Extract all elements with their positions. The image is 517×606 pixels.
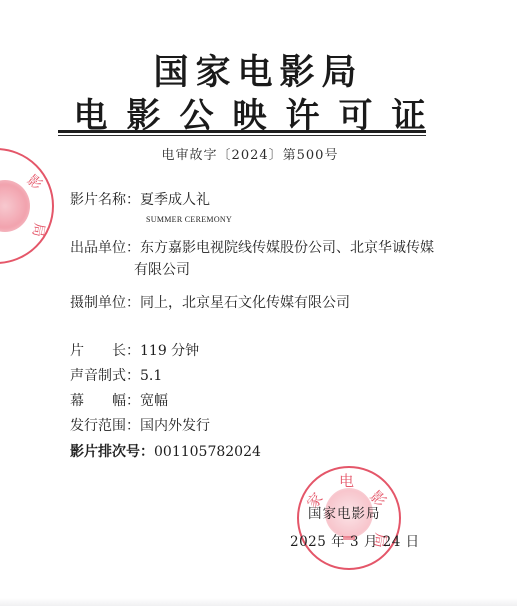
authority-title: 国家电影局: [0, 52, 517, 94]
field-serial-number: 影片排次号：001105782024: [70, 442, 261, 462]
field-value: 国内外发行: [140, 416, 210, 436]
issuer-name: 国家电影局: [308, 502, 381, 522]
seal-char: 电: [339, 470, 354, 491]
field-value: 119 分钟: [140, 341, 199, 361]
seal-left: 影 局: [0, 148, 54, 264]
field-screen-format: 幕 幅：宽幅: [70, 391, 168, 411]
film-english-title: SUMMER CEREMONY: [146, 215, 232, 224]
field-production-unit: 摄制单位：同上，北京星石文化传媒有限公司: [70, 293, 350, 313]
field-value: 宽幅: [140, 391, 168, 411]
seal-char: 局: [28, 221, 50, 238]
seal-char: 影: [23, 170, 47, 194]
field-value: 同上，北京星石文化传媒有限公司: [140, 293, 350, 313]
field-label: 影片名称：: [70, 190, 140, 210]
field-label: 声音制式：: [70, 366, 140, 386]
header-rule-thin: [58, 135, 426, 136]
document-number: 电审故字〔2024〕第500号: [0, 144, 500, 163]
field-sound-format: 声音制式：5.1: [70, 366, 162, 386]
field-producer: 出品单位：东方嘉影电视院线传媒股份公司、北京华诚传媒 有限公司: [70, 237, 434, 281]
page-bottom-edge: [0, 598, 517, 606]
field-film-title: 影片名称：夏季成人礼: [70, 190, 210, 210]
field-value: 夏季成人礼: [140, 190, 210, 210]
field-label: 摄制单位：: [70, 293, 140, 313]
issue-date: 2025 年 3 月 24 日: [290, 530, 420, 550]
field-label: 影片排次号：: [70, 442, 154, 462]
field-distribution-scope: 发行范围：国内外发行: [70, 416, 210, 436]
field-value-continued: 有限公司: [70, 259, 434, 281]
header-rule-thick: [58, 130, 426, 133]
field-value: 001105782024: [154, 442, 261, 462]
field-duration: 片 长：119 分钟: [70, 341, 199, 361]
field-label: 幕 幅：: [70, 391, 140, 411]
field-label: 发行范围：: [70, 416, 140, 436]
field-label: 出品单位：: [70, 237, 140, 259]
field-value: 东方嘉影电视院线传媒股份公司、北京华诚传媒: [140, 237, 434, 259]
field-label: 片 长：: [70, 341, 140, 361]
field-value: 5.1: [140, 366, 162, 386]
